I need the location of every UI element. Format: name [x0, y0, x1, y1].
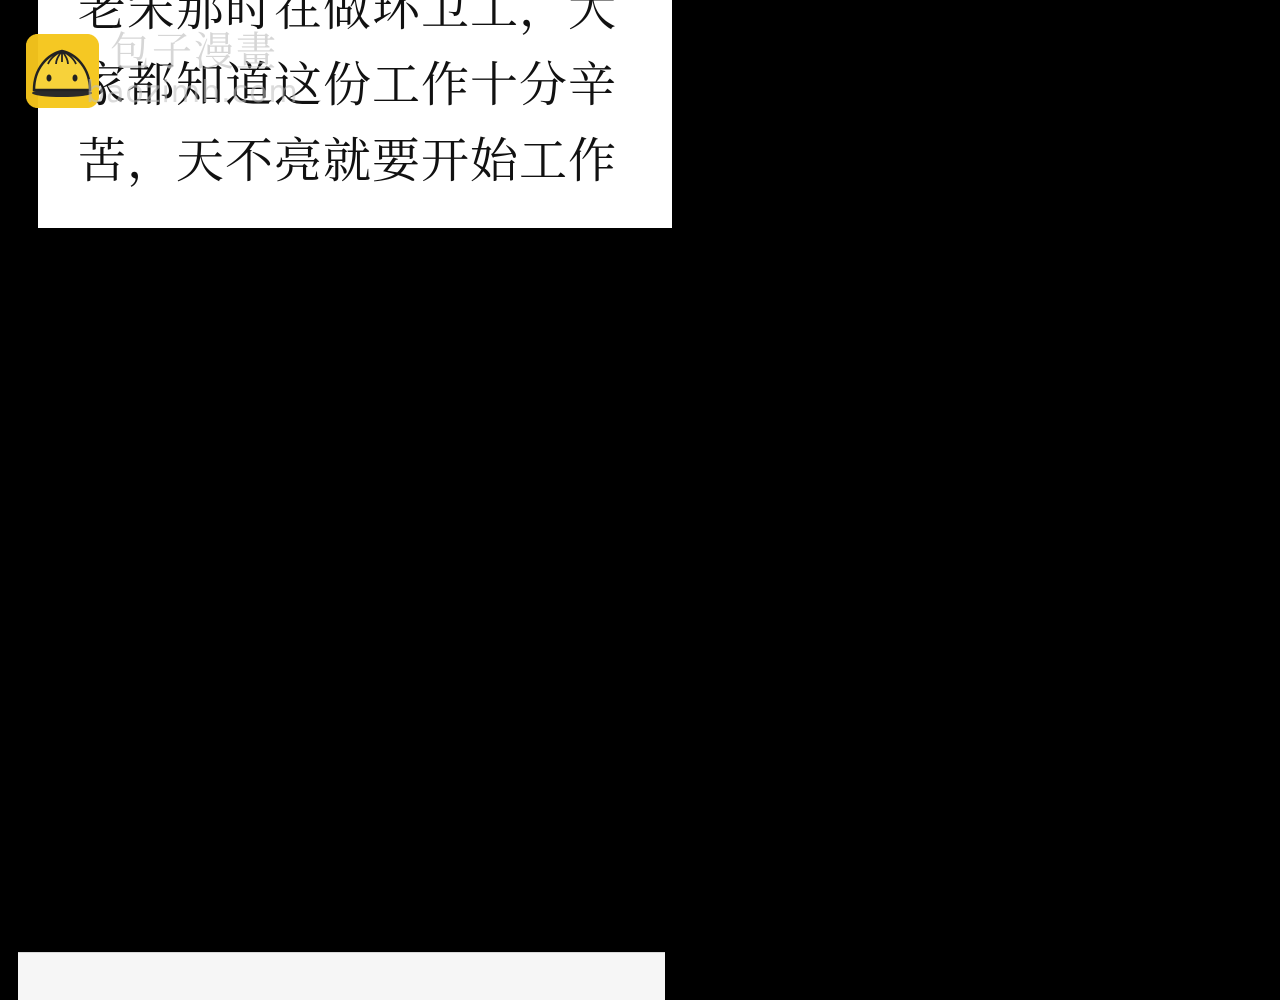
caption-line-3: 苦，天不亮就要开始工作 [78, 123, 638, 199]
caption-line-2: 家都知道这份工作十分辛 [78, 47, 638, 123]
panel-caption: 老宋那时在做环卫工，大 家都知道这份工作十分辛 苦，天不亮就要开始工作 [78, 0, 638, 199]
comic-panel-text: 老宋那时在做环卫工，大 家都知道这份工作十分辛 苦，天不亮就要开始工作 [38, 0, 672, 228]
caption-line-1: 老宋那时在做环卫工，大 [78, 0, 638, 47]
comic-panel-next [18, 952, 665, 1000]
